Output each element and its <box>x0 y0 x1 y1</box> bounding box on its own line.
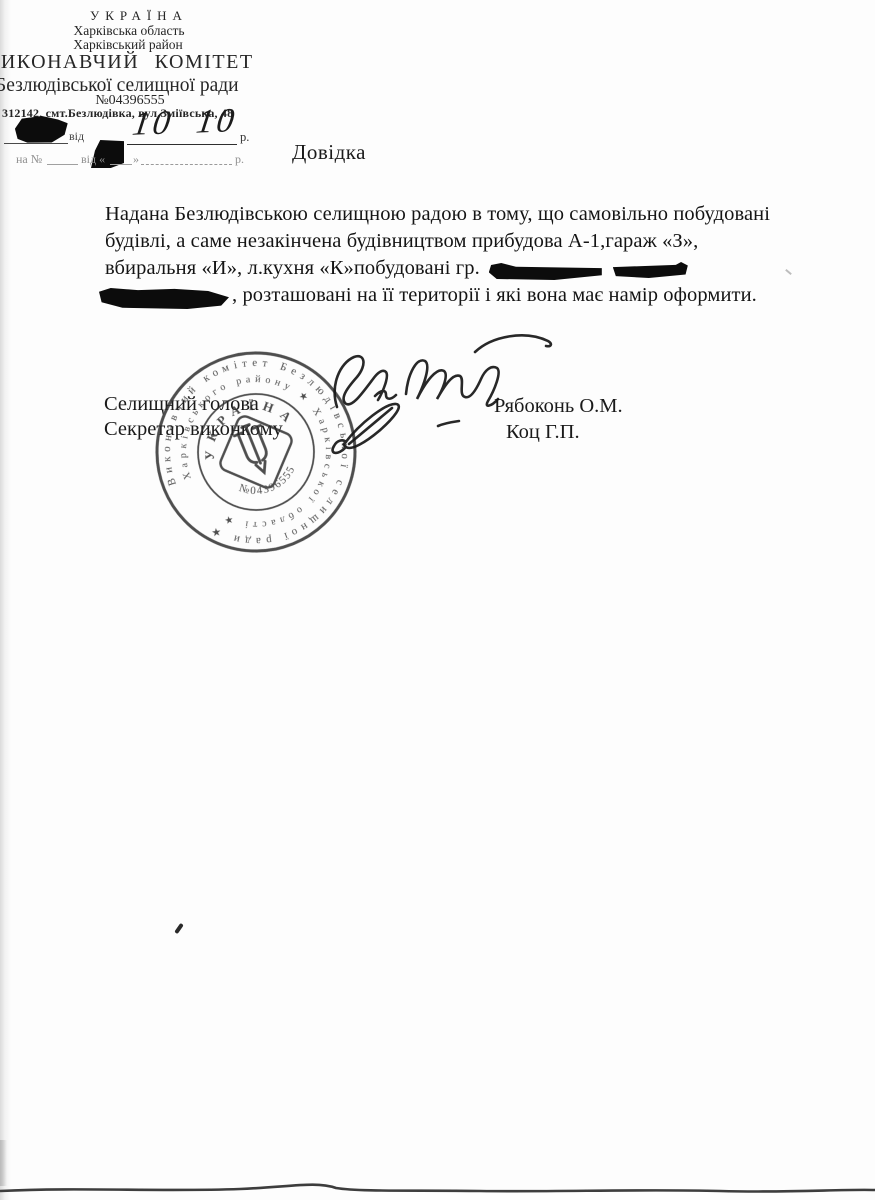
redaction-i-dot <box>531 257 535 261</box>
document-title: Довідка <box>292 140 366 165</box>
body-line-3: вбиральня «И», л.кухня «К»побудовані гр. <box>105 257 688 280</box>
redaction-i-dot <box>623 257 627 261</box>
body-line-4-text: , розташовані на її території і які вона… <box>232 284 757 307</box>
ref-line2-underline-2 <box>110 150 132 165</box>
redaction-mark-grantee-name-2 <box>613 262 688 278</box>
redaction-mark-grantee-name-3 <box>99 288 229 309</box>
scan-bottom-edge <box>0 1178 875 1200</box>
ref-line2-underline-3 <box>141 150 232 165</box>
ref-line1-underline-right <box>127 129 237 145</box>
ref-line2-year-label: р. <box>235 152 244 167</box>
ref-line1-year-label: р. <box>240 130 249 145</box>
body-line-3-text: вбиральня «И», л.кухня «К»побудовані гр. <box>105 257 480 280</box>
ref-line2-na-label: на № <box>16 152 42 167</box>
redaction-i-dot <box>163 282 167 286</box>
body-line-1: Надана Безлюдівською селищною радою в то… <box>105 203 770 226</box>
redaction-mark-grantee-name-1 <box>489 263 602 280</box>
ref-line2-quote-close: » <box>133 152 139 167</box>
ref-line2-underline-1 <box>47 150 78 165</box>
signature-head-flourish <box>475 335 551 352</box>
ref-line1-vid-label: від <box>69 129 84 144</box>
signature-head <box>335 356 499 407</box>
letterhead-country: УКРАЇНА <box>90 8 188 24</box>
stray-faint-mark <box>785 269 792 275</box>
letterhead-committee: ВИКОНАВЧИЙ КОМІТЕТ <box>0 51 254 74</box>
scanned-document-page: УКРАЇНА Харківська область Харківський р… <box>0 0 875 1200</box>
redaction-i-dot <box>513 258 517 262</box>
body-line-4: , розташовані на її території і які вона… <box>99 284 757 309</box>
stray-ink-mark <box>174 923 184 934</box>
signature-secretary <box>333 404 459 453</box>
ref-line1-underline-left <box>4 128 68 144</box>
scan-left-edge-shadow <box>0 0 11 1200</box>
handwritten-signatures <box>280 323 580 468</box>
body-line-2: будівлі, а саме незакінчена будівництвом… <box>105 230 698 253</box>
letterhead-stamp: УКРАЇНА Харківська область Харківський р… <box>0 0 300 175</box>
ref-line2-vid-label: від « <box>81 152 105 167</box>
